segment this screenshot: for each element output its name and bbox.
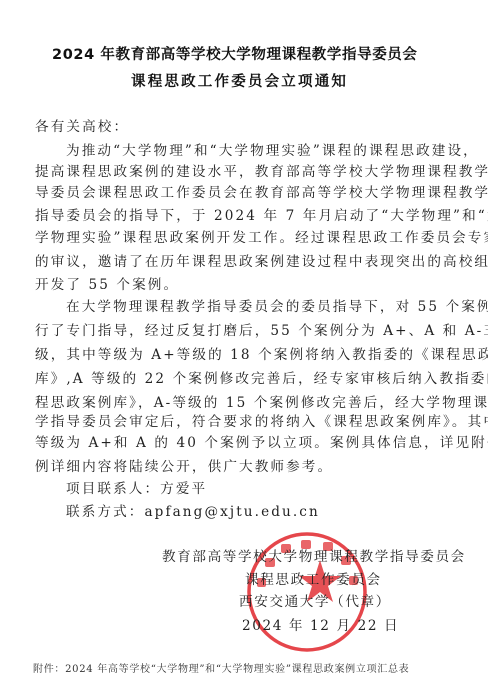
signature-date: 2024 年 12 月 22 日 — [242, 618, 399, 634]
attachment-note: 附件：2024 年高等学校“大学物理”和“大学物理实验”课程思政案例立项汇总表 — [33, 660, 409, 675]
paragraph-1-line: 为推动“大学物理”和“大学物理实验”课程的课程思政建设， — [66, 143, 479, 159]
paragraph-2-line: 例详细内容将陆续公开，供广大教师参考。 — [35, 459, 333, 475]
paragraph-1-line: 开发了 55 个案例。 — [35, 277, 179, 293]
paragraph-2-line: 程思政案例库》，A-等级的 15 个案例修改完善后，经大学物理课程教 — [35, 395, 488, 411]
paragraph-1-line: 提高课程思政案例的建设水平，教育部高等学校大学物理课程教学指 — [35, 164, 488, 180]
document-title-line-2: 课程思政工作委员会立项通知 — [131, 70, 488, 91]
signature-org-line-3: 西安交通大学（代章） — [239, 594, 391, 610]
salutation: 各有关高校： — [35, 119, 129, 135]
signature-org-line-1: 教育部高等学校大学物理课程教学指导委员会 — [162, 549, 466, 565]
paragraph-2-line: 行了专门指导，经过反复打磨后，55 个案例分为 A+、A 和 A-三个等 — [35, 323, 488, 339]
paragraph-1-line: 学物理实验”课程思政案例开发工作。经过课程思政工作委员会专家 — [35, 230, 488, 246]
paragraph-2-line: 等级为 A+和 A 的 40 个案例予以立项。案例具体信息，详见附件。案 — [35, 435, 488, 451]
paragraph-1-line: 导委员会课程思政工作委员会在教育部高等学校大学物理课程教学 — [35, 185, 488, 201]
document-title-line-1: 2024 年教育部高等学校大学物理课程教学指导委员会 — [52, 43, 488, 64]
paragraph-2-line: 级，其中等级为 A+等级的 18 个案例将纳入教指委的《课程思政案例 — [35, 347, 488, 363]
contact-method: 联系方式：apfang@xjtu.edu.cn — [66, 504, 320, 520]
paragraph-2-line: 在大学物理课程教学指导委员会的委员指导下，对 55 个案例进 — [66, 299, 488, 315]
contact-person: 项目联系人：方爱平 — [66, 481, 207, 497]
signature-org-line-2: 课程思政工作委员会 — [245, 572, 382, 588]
paragraph-1-line: 的审议，邀请了在历年课程思政案例建设过程中表现突出的高校组织 — [35, 254, 488, 270]
paragraph-2-line: 学指导委员会审定后，符合要求的将纳入《课程思政案例库》。其中 — [35, 414, 488, 430]
paragraph-2-line: 库》,A 等级的 22 个案例修改完善后，经专家审核后纳入教指委的《课 — [35, 371, 488, 387]
paragraph-1-line: 指导委员会的指导下，于 2024 年 7 年月启动了“大学物理”和“大 — [35, 208, 488, 224]
